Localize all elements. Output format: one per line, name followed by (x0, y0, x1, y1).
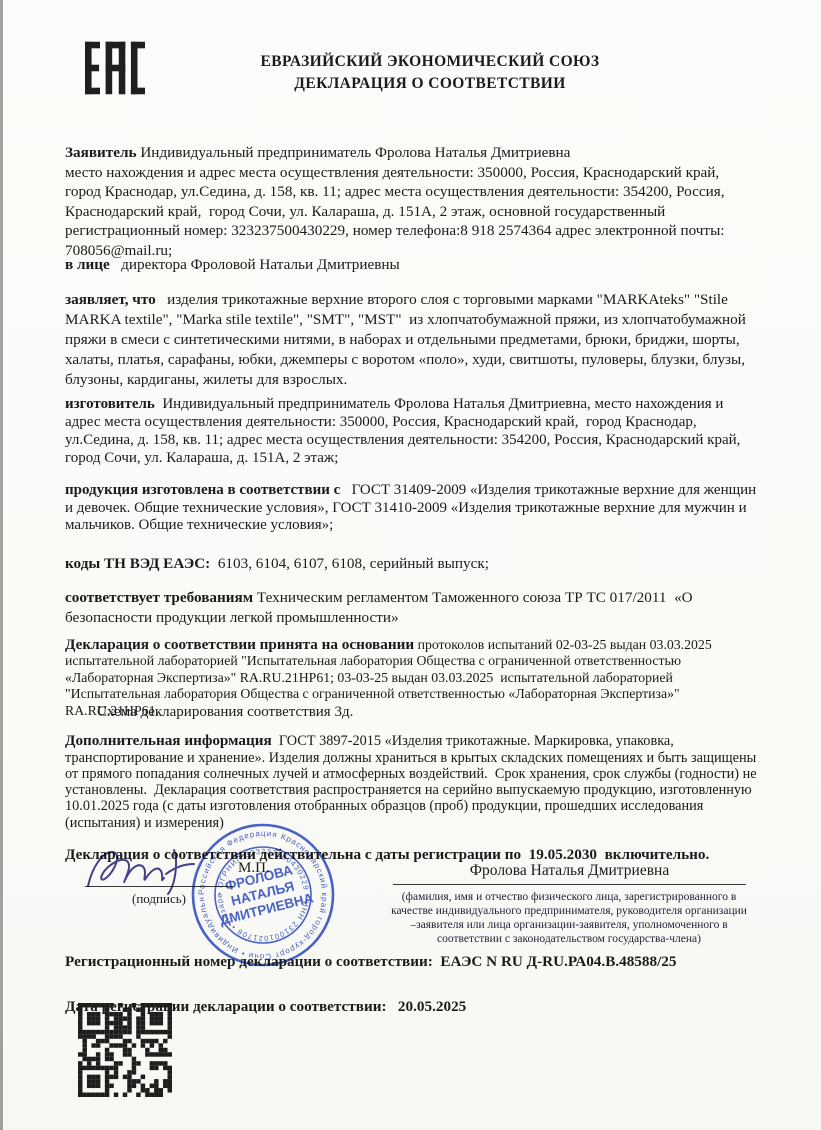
complies-label: соответствует требованиям (65, 589, 253, 606)
manufacturer-label: изготовитель (65, 396, 155, 412)
registration-number-value: ЕАЭС N RU Д-RU.РА04.В.48588/25 (440, 953, 676, 970)
in-person-text: директора Фроловой Натальи Дмитриевны (121, 256, 400, 273)
applicant-text: Индивидуальный предприниматель Фролова Н… (65, 144, 728, 259)
made-per-section: продукция изготовлена в соответствии с Г… (65, 482, 760, 535)
basis-label: Декларация о соответствии принята на осн… (65, 636, 414, 653)
codes-section: коды ТН ВЭД ЕАЭС: 6103, 6104, 6107, 6108… (65, 554, 760, 574)
registration-number-label: Регистрационный номер декларации о соотв… (65, 953, 433, 970)
additional-section: Дополнительная информация ГОСТ 3897-2015… (65, 733, 760, 831)
made-per-label: продукция изготовлена в соответствии с (65, 482, 340, 498)
manufacturer-section: изготовитель Индивидуальный предпринимат… (65, 395, 760, 467)
manufacturer-text: Индивидуальный предприниматель Фролова Н… (65, 396, 744, 466)
codes-text: 6103, 6104, 6107, 6108, серийный выпуск; (218, 555, 489, 572)
name-line (393, 884, 746, 885)
declares-section: заявляет, что изделия трикотажные верхни… (65, 290, 760, 390)
registration-date-value: 20.05.2025 (398, 998, 466, 1015)
additional-label: Дополнительная информация (65, 732, 272, 749)
scheme-line: Схема декларирования соответствия 3д. (97, 703, 792, 723)
document-title: ДЕКЛАРАЦИЯ О СООТВЕТСТВИИ (150, 75, 710, 93)
codes-label: коды ТН ВЭД ЕАЭС: (65, 555, 210, 572)
in-person-section: в лице директора Фроловой Натальи Дмитри… (65, 255, 760, 275)
applicant-section: Заявитель Индивидуальный предприниматель… (65, 143, 760, 260)
declaration-document: ЕВРАЗИЙСКИЙ ЭКОНОМИЧЕСКИЙ СОЮЗ ДЕКЛАРАЦИ… (0, 0, 821, 1130)
signer-note: (фамилия, имя и отчество физического лиц… (388, 890, 750, 946)
union-name: ЕВРАЗИЙСКИЙ ЭКОНОМИЧЕСКИЙ СОЮЗ (150, 53, 710, 71)
registration-number-line: Регистрационный номер декларации о соотв… (65, 952, 760, 972)
round-stamp: Российская Федерация Краснодарский край … (188, 820, 338, 970)
in-person-label: в лице (65, 256, 110, 273)
applicant-label: Заявитель (65, 144, 137, 161)
declares-text: изделия трикотажные верхние второго слоя… (65, 291, 750, 388)
declares-label: заявляет, что (65, 291, 156, 308)
scan-edge-artifact (0, 0, 3, 1130)
eac-logo-icon (85, 40, 145, 101)
signer-name: Фролова Наталья Дмитриевна (393, 862, 746, 880)
qr-code (78, 1003, 172, 1097)
complies-section: соответствует требованиям Техническим ре… (65, 588, 760, 628)
